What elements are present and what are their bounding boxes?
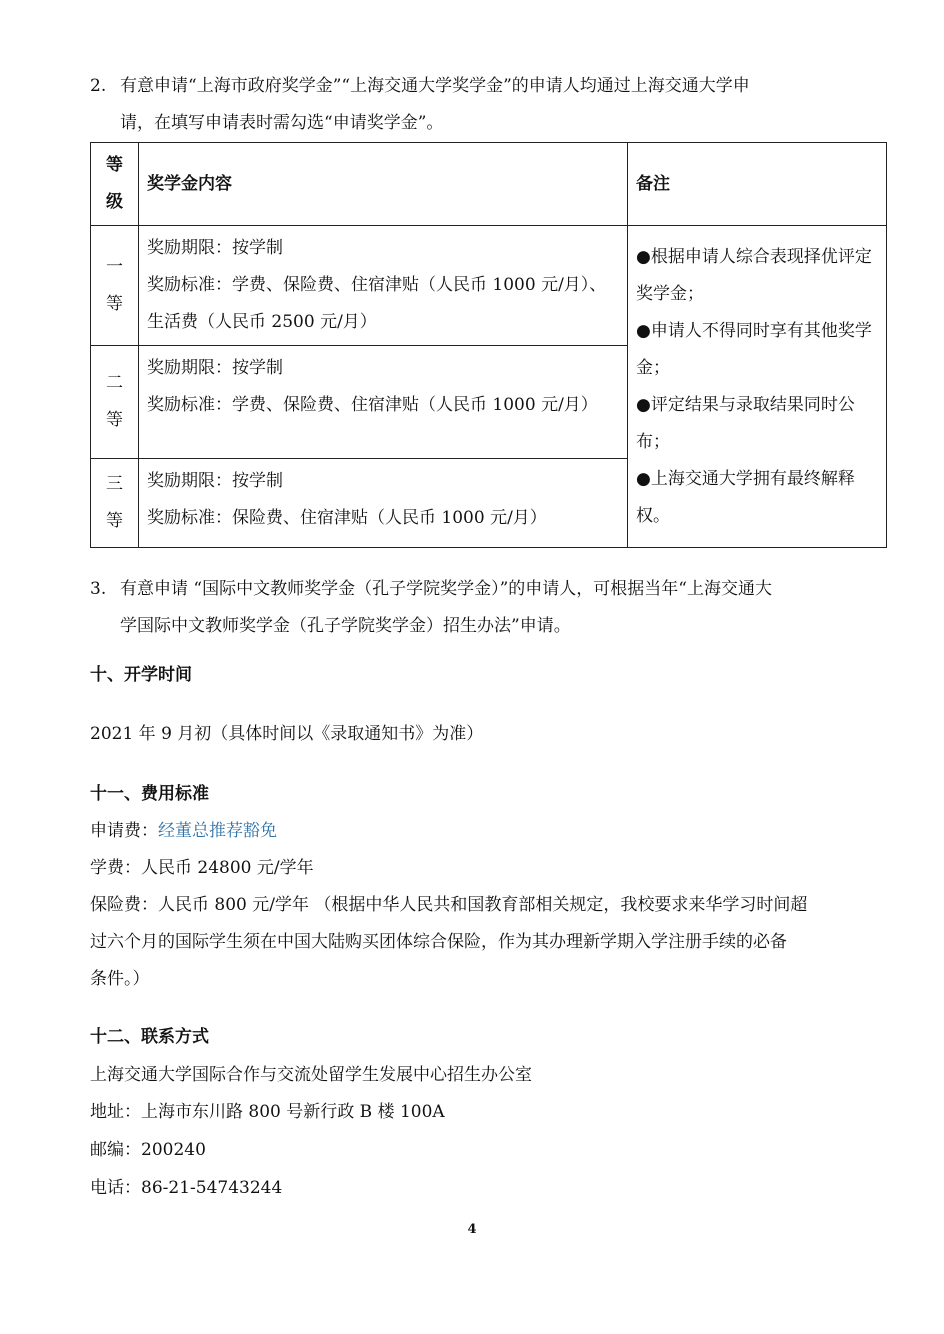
grade-cell: 一等	[91, 226, 139, 346]
header-remark: 备注	[628, 143, 887, 226]
insurance-line: 条件。）	[90, 961, 886, 998]
start-date: 2021 年 9 月初（具体时间以《录取通知书》为准）	[90, 716, 886, 753]
item-text-cont: 学国际中文教师奖学金（孔子学院奖学金）招生办法”申请。	[90, 608, 886, 645]
application-fee: 申请费：经董总推荐豁免	[90, 813, 886, 850]
standard: 奖励标准：学费、保险费、住宿津贴（人民币 1000 元/月）、生活费（人民币 2…	[147, 267, 619, 341]
section-title: 十一、费用标准	[90, 776, 886, 813]
header-content: 奖学金内容	[139, 143, 628, 226]
postcode: 邮编：200240	[90, 1132, 886, 1169]
phone: 电话：86-21-54743244	[90, 1170, 886, 1207]
remark: ●上海交通大学拥有最终解释权。	[636, 461, 878, 535]
address: 地址：上海市东川路 800 号新行政 B 楼 100A	[90, 1094, 886, 1131]
content-cell: 奖励期限：按学制 奖励标准：学费、保险费、住宿津贴（人民币 1000 元/月）	[139, 346, 628, 459]
period: 奖励期限：按学制	[147, 463, 619, 500]
item-2: 2.有意申请“上海市政府奖学金”“上海交通大学奖学金”的申请人均通过上海交通大学…	[90, 68, 886, 142]
content-cell: 奖励期限：按学制 奖励标准：学费、保险费、住宿津贴（人民币 1000 元/月）、…	[139, 226, 628, 346]
section-title: 十二、联系方式	[90, 1019, 886, 1056]
insurance: 保险费：人民币 800 元/学年 （根据中华人民共和国教育部相关规定，我校要求来…	[90, 887, 886, 998]
insurance-line: 过六个月的国际学生须在中国大陆购买团体综合保险，作为其办理新学期入学注册手续的必…	[90, 924, 886, 961]
remark: ●申请人不得同时享有其他奖学金；	[636, 313, 878, 387]
standard: 奖励标准：学费、保险费、住宿津贴（人民币 1000 元/月）	[147, 387, 619, 424]
section-title: 十、开学时间	[90, 657, 886, 694]
item-3: 3.有意申请 “国际中文教师奖学金（孔子学院奖学金）”的申请人，可根据当年“上海…	[90, 571, 886, 645]
fee-waiver-link[interactable]: 经董总推荐豁免	[158, 821, 277, 841]
grade-cell: 二等	[91, 346, 139, 459]
standard: 奖励标准：保险费、住宿津贴（人民币 1000 元/月）	[147, 500, 619, 537]
item-number: 3.	[90, 571, 120, 608]
period: 奖励期限：按学制	[147, 230, 619, 267]
remark: ●根据申请人综合表现择优评定奖学金；	[636, 239, 878, 313]
content-cell: 奖励期限：按学制 奖励标准：保险费、住宿津贴（人民币 1000 元/月）	[139, 459, 628, 548]
tuition: 学费：人民币 24800 元/学年	[90, 850, 886, 887]
remark: ●评定结果与录取结果同时公布；	[636, 387, 878, 461]
fee-label: 申请费：	[90, 821, 158, 841]
item-number: 2.	[90, 68, 120, 105]
period: 奖励期限：按学制	[147, 350, 619, 387]
office: 上海交通大学国际合作与交流处留学生发展中心招生办公室	[90, 1057, 886, 1094]
item-text: 有意申请 “国际中文教师奖学金（孔子学院奖学金）”的申请人，可根据当年“上海交通…	[120, 579, 772, 599]
header-grade: 等级	[91, 143, 139, 226]
item-text: 有意申请“上海市政府奖学金”“上海交通大学奖学金”的申请人均通过上海交通大学申	[120, 76, 750, 96]
page-number: 4	[0, 1222, 944, 1237]
item-text-cont: 请，在填写申请表时需勾选“申请奖学金”。	[90, 105, 886, 142]
grade-cell: 三等	[91, 459, 139, 548]
remark-cell: ●根据申请人综合表现择优评定奖学金； ●申请人不得同时享有其他奖学金； ●评定结…	[628, 226, 887, 548]
insurance-line: 保险费：人民币 800 元/学年 （根据中华人民共和国教育部相关规定，我校要求来…	[90, 887, 886, 924]
scholarship-table: 等级 奖学金内容 备注 一等 奖励期限：按学制 奖励标准：学费、保险费、住宿津贴…	[90, 142, 887, 548]
